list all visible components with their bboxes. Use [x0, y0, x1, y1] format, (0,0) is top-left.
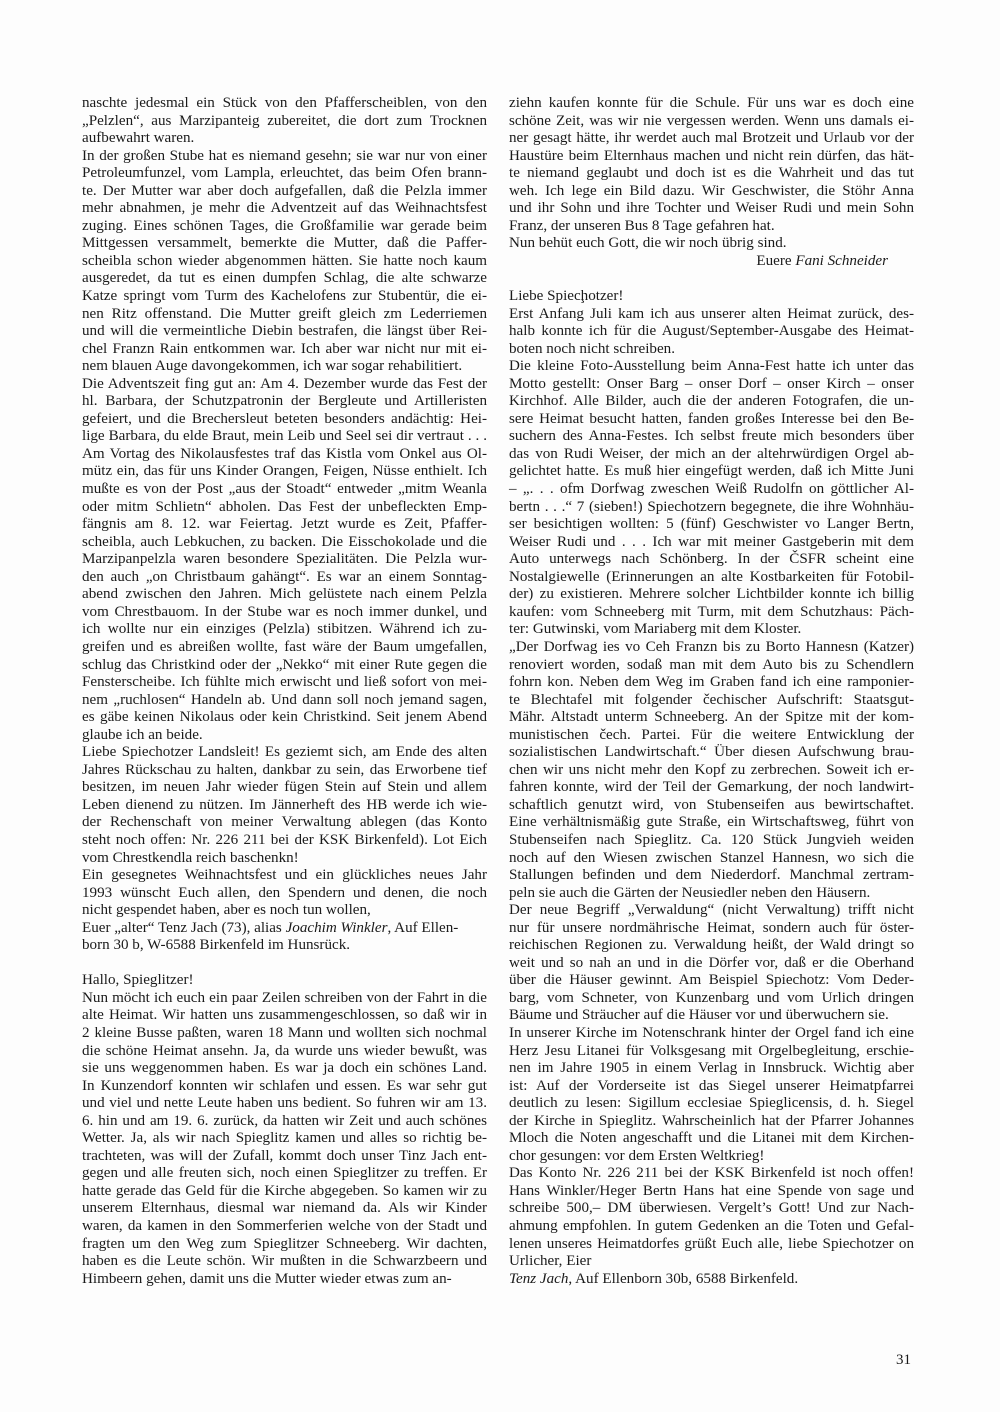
- text-line: Mähr. Altstadt unterm Schneeberg. An der…: [509, 709, 914, 727]
- signature-text: , Auf Ellen-: [387, 920, 458, 938]
- paragraph: Erst Anfang Juli kam ich aus unserer alt…: [509, 306, 914, 359]
- text-line: hl. Barbara, der Schutzpatronin der Berg…: [82, 393, 487, 411]
- left-column: naschte jedesmal ein Stück von den Pfaff…: [82, 95, 487, 1288]
- text-line: Hans Winkler/Heger Bertn Hans hat eine S…: [509, 1183, 914, 1201]
- author-name: Fani Schneider: [795, 253, 888, 271]
- text-line: deutlich zu lesen: Sigillum ecclesiae Sp…: [509, 1095, 914, 1113]
- text-line: und ihr Sohn und ihre Tochter und Weiser…: [509, 200, 914, 218]
- signature-text: Euer „alter“ Tenz Jach (73), alias: [82, 920, 286, 938]
- author-name: Joachim Winkler: [286, 920, 388, 938]
- text-line: te niemand geglaubt und doch ist es die …: [509, 165, 914, 183]
- text-line: chel Franzn Rain entkommen war. Ich aber…: [82, 341, 487, 359]
- paragraph: Der neue Begriff „Verwaldung“ (nicht Ver…: [509, 902, 914, 1025]
- text-line: nen Ritz offenstand. Die Mutter greift g…: [82, 306, 487, 324]
- text-line: glaube ich an beide.: [82, 727, 487, 745]
- text-line: Nun behüt euch Gott, die wir noch übrig …: [509, 235, 914, 253]
- text-line: schreibe 500,– DM überwiesen. Vergelt’s …: [509, 1200, 914, 1218]
- text-line: gefeiert, und die Brechersleut beteten b…: [82, 411, 487, 429]
- text-line: barg, vom Schneter, von Kunzenbarg und v…: [509, 990, 914, 1008]
- text-line: schlug das Christkind oder der „Nekko“ m…: [82, 657, 487, 675]
- text-line: nicht gespendet haben, aber es noch tun …: [82, 902, 487, 920]
- text-line: gelichtet hatte. Es muß hier eingefügt w…: [509, 463, 914, 481]
- spacer: [82, 955, 487, 973]
- text-line: Am Vortag des Nikolausfestes traf das Ki…: [82, 446, 487, 464]
- paragraph: Nun möcht ich euch ein paar Zeilen schre…: [82, 990, 487, 1288]
- letter-salutation: Hallo, Spieglitzer!: [82, 972, 487, 990]
- text-line: te. Der Mutter war aber doch aufgefallen…: [82, 183, 487, 201]
- text-line: scheibla, auch Lebkuchen, zu backen. Die…: [82, 534, 487, 552]
- text-line: Franz, der unseren Bus 8 Tage gefahren h…: [509, 218, 914, 236]
- text-line: waren, da kamen in den Sommerferien welc…: [82, 1218, 487, 1236]
- text-line: lenen unseres Heimatdorfes grüßt Euch al…: [509, 1236, 914, 1254]
- text-line: nen im Jahre 1905 in einem Verlag in Inn…: [509, 1060, 914, 1078]
- text-line: ist: Auf der Vorderseite ist das Siegel …: [509, 1078, 914, 1096]
- text-line: oder mitm Schlietn“ abholen. Das Fest de…: [82, 499, 487, 517]
- text-line: Eine verhältnismäßig gute Straße, ein Wi…: [509, 814, 914, 832]
- text-line: Marzipanpelzla waren besondere Spezialit…: [82, 551, 487, 569]
- text-line: ter: Gutwinski, vom Mariaberg mit dem Kl…: [509, 621, 914, 639]
- text-line: ner gesagt hätte, ihr werdet auch mal Br…: [509, 130, 914, 148]
- text-line: kaufen: vom Schneeberg mit Turm, mit dem…: [509, 604, 914, 622]
- paragraph: In unserer Kirche im Notenschrank hinter…: [509, 1025, 914, 1165]
- text-line: alte Heimat. Wir hatten uns zusammengesc…: [82, 1007, 487, 1025]
- text-line: steht noch offen: Nr. 226 211 bei der KS…: [82, 832, 487, 850]
- text-line: In Kunzendorf konnten wir schlafen und e…: [82, 1078, 487, 1096]
- text-line: greifen und es abreißen wollte, fast wär…: [82, 639, 487, 657]
- signature-address: , Auf Ellenborn 30b, 6588 Birkenfeld.: [568, 1271, 798, 1287]
- text-line: noch auf den Wiesen zwischen Stanzel Han…: [509, 850, 914, 868]
- signature-line: Tenz Jach, Auf Ellenborn 30b, 6588 Birke…: [509, 1271, 914, 1289]
- text-line: und viel und nette Leute haben uns bedie…: [82, 1095, 487, 1113]
- text-line: der Kirche in Spieglitz. Wahrscheinlich …: [509, 1113, 914, 1131]
- paragraph: Das Konto Nr. 226 211 bei der KSK Birken…: [509, 1165, 914, 1270]
- text-line: das von Rudi Weiser, der mich an der alt…: [509, 446, 914, 464]
- text-line: nem „ruchlosen“ Handeln ab. Und dann sol…: [82, 692, 487, 710]
- text-line: sie uns weggenommen haben. Es war ja doc…: [82, 1060, 487, 1078]
- text-line: fragten um den Weg zum Spieglitzer Schne…: [82, 1236, 487, 1254]
- text-line: unserem Elternhaus, diesmal war niemand …: [82, 1200, 487, 1218]
- text-line: halb konnte ich für die August/September…: [509, 323, 914, 341]
- paragraph: Die Adventszeit fing gut an: Am 4. Dezem…: [82, 376, 487, 744]
- text-line: Bäume und Sträucher auf die Häuser vor u…: [509, 1007, 914, 1025]
- text-line: naschte jedesmal ein Stück von den Pfaff…: [82, 95, 487, 113]
- text-line: über die Häuser gewinnt. Am Beispiel Spi…: [509, 972, 914, 990]
- paragraph: „Der Dorfwag ies vo Ceh Franzn bis zu Bo…: [509, 639, 914, 902]
- text-line: Motto gestellt: Onser Barg – onser Dorf …: [509, 376, 914, 394]
- paragraph: Die kleine Foto-Ausstellung beim Anna-Fe…: [509, 358, 914, 639]
- text-line: sozialistischen Landwirtschaft.“ Über di…: [509, 744, 914, 762]
- text-line: Mittgessen versammelt, bemerkte die Mutt…: [82, 235, 487, 253]
- text-line: vom Chrestbauom. In der Stube war es noc…: [82, 604, 487, 622]
- text-line: den auch „on Christbaum gahängt“. Es war…: [82, 569, 487, 587]
- right-column: ziehn kaufen konnte für die Schule. Für …: [509, 95, 914, 1288]
- text-line: trachteten, was will der Zufall, kommt d…: [82, 1148, 487, 1166]
- text-line: ser besichtigen wollten: 5 (fünf) Geschw…: [509, 516, 914, 534]
- text-line: Der neue Begriff „Verwaldung“ (nicht Ver…: [509, 902, 914, 920]
- text-line: fahren konnte, wird der Teil der Gemarku…: [509, 779, 914, 797]
- text-line: Katze springt vom Turm des Kachelofens z…: [82, 288, 487, 306]
- text-line: Auto unterwegs nach Schönberg. In der ČS…: [509, 551, 914, 569]
- signature-line: Euer „alter“ Tenz Jach (73), alias Joach…: [82, 920, 487, 938]
- text-line: weit und so nah an und in die Dörfer vor…: [509, 955, 914, 973]
- text-line: gegen und alle freuten sich, noch einen …: [82, 1165, 487, 1183]
- text-line: Die Adventszeit fing gut an: Am 4. Dezem…: [82, 376, 487, 394]
- text-line: es gäbe keinen Nikolaus oder kein Christ…: [82, 709, 487, 727]
- paragraph: Liebe Spiechotzer Landsleit! Es geziemt …: [82, 744, 487, 867]
- paragraph: Nun behüt euch Gott, die wir noch übrig …: [509, 235, 914, 253]
- text-line: mütz ein, das für uns Kinder Orangen, Fe…: [82, 463, 487, 481]
- text-line: nem blauen Auge davongekommen, ich war s…: [82, 358, 487, 376]
- text-line: und will die vermeintliche Diebin bestra…: [82, 323, 487, 341]
- text-line: renoviert worden, sodaß man mit dem Auto…: [509, 657, 914, 675]
- text-line: peln sie auch die Gärten der Neusiedler …: [509, 885, 914, 903]
- text-line: aufbewahrt waren.: [82, 130, 487, 148]
- paragraph: naschte jedesmal ein Stück von den Pfaff…: [82, 95, 487, 148]
- text-line: haben es die Leute schön. Wir mußten in …: [82, 1253, 487, 1271]
- text-line: Ein gesegnetes Weihnachtsfest und ein gl…: [82, 867, 487, 885]
- spacer: [509, 270, 914, 288]
- text-line: schöne Zeit, was wir nie vergessen werde…: [509, 113, 914, 131]
- text-line: Kirchhof. Alle Bilder, auch die der ande…: [509, 393, 914, 411]
- text-line: 2 kleine Busse paßten, waren 18 Mann und…: [82, 1025, 487, 1043]
- text-line: „Pelzlen“, aus Marzipanteig zubereitet, …: [82, 113, 487, 131]
- text-line: abend zwischen den Jahren. Mich gelüstet…: [82, 586, 487, 604]
- text-line: hatte gerade das Geld für die Kirche abg…: [82, 1183, 487, 1201]
- text-line: scheibla schon wieder abgenommen hätten.…: [82, 253, 487, 271]
- text-line: Liebe Spiechotzer Landsleit! Es geziemt …: [82, 744, 487, 762]
- magazine-page: naschte jedesmal ein Stück von den Pfaff…: [0, 0, 1000, 1412]
- text-line: Wetter. Ja, als wir nach Spieglitz kamen…: [82, 1130, 487, 1148]
- text-line: Nostalgiewelle (Erinnerungen an alte Kos…: [509, 569, 914, 587]
- text-line: schaftlich genutzt wird, von Stubenseife…: [509, 797, 914, 815]
- text-line: Weiser Rudi und . . . Ich war mit meiner…: [509, 534, 914, 552]
- text-line: Stubenseifen nach Spieglitz. Ca. 120 Stü…: [509, 832, 914, 850]
- text-line: Nun möcht ich euch ein paar Zeilen schre…: [82, 990, 487, 1008]
- text-line: sere Heimat besucht hatten, fanden große…: [509, 411, 914, 429]
- text-line: 6. hin und am 19. 6. zurück, da hatten w…: [82, 1113, 487, 1131]
- text-line: vom Chrestkendla reich baschenkn!: [82, 850, 487, 868]
- text-line: te Blechtafel mit folgender čechischer A…: [509, 692, 914, 710]
- letter-salutation: Liebe Spiecḩotzer!: [509, 288, 914, 306]
- text-line: ahmung empfohlen. In gutem Gedenken an d…: [509, 1218, 914, 1236]
- text-line: In unserer Kirche im Notenschrank hinter…: [509, 1025, 914, 1043]
- paragraph: Ein gesegnetes Weihnachtsfest und ein gl…: [82, 867, 487, 920]
- text-line: mehr abnahmen, je mehr die Adventzeit au…: [82, 200, 487, 218]
- paragraph: In der großen Stube hat es niemand geseh…: [82, 148, 487, 376]
- text-line: Mloch die Noten angeschafft und die Lita…: [509, 1130, 914, 1148]
- text-line: suchern des Anna-Festes. Ich selbst freu…: [509, 428, 914, 446]
- text-line: zuging. Eines schönen Tages, die Großfam…: [82, 218, 487, 236]
- text-line: Leben dienend zu nützen. Im Jännerheft d…: [82, 797, 487, 815]
- text-line: nur für unsere nordmährische Heimat, son…: [509, 920, 914, 938]
- text-line: Die kleine Foto-Ausstellung beim Anna-Fe…: [509, 358, 914, 376]
- text-line: der Rechenschaft von meiner Verwaltung a…: [82, 814, 487, 832]
- text-line: Urlicher, Eier: [509, 1253, 914, 1271]
- text-line: „Der Dorfwag ies vo Ceh Franzn bis zu Bo…: [509, 639, 914, 657]
- text-line: fängnis am 8. 12. war Feiertag. Jetzt wu…: [82, 516, 487, 534]
- text-line: weh. Ich lege ein Bild dazu. Wir Geschwi…: [509, 183, 914, 201]
- text-line: lige Barbara, du elde Braut, mein Leib u…: [82, 428, 487, 446]
- text-line: Jahres Rückschau zu halten, dankbar zu s…: [82, 762, 487, 780]
- text-line: der) zu existieren. Mehrere solcher Lich…: [509, 586, 914, 604]
- page-number: 31: [896, 1352, 911, 1369]
- text-line: bertn . . .“ 7 (sieben!) Spiechotzern be…: [509, 499, 914, 517]
- text-line: Himbeern gehen, damit uns die Mutter wie…: [82, 1271, 487, 1289]
- text-line: Haustüre beim Elternhaus machen und nich…: [509, 148, 914, 166]
- signature-line: Euere Fani Schneider: [509, 253, 914, 271]
- text-line: munistischen čech. Partei. Für die weite…: [509, 727, 914, 745]
- text-line: fohrn kon. Neben dem Weg im Graben fand …: [509, 674, 914, 692]
- text-line: Erst Anfang Juli kam ich aus unserer alt…: [509, 306, 914, 324]
- text-line: die schöne Heimat ansehn. Ja, da wurde u…: [82, 1043, 487, 1061]
- text-line: ich wollte nur ein einziges (Pelzla) sti…: [82, 621, 487, 639]
- author-name: Tenz Jach: [509, 1271, 568, 1287]
- text-line: – „. . . ofm Dorfwag zweschen Weiß Rudol…: [509, 481, 914, 499]
- text-line: Das Konto Nr. 226 211 bei der KSK Birken…: [509, 1165, 914, 1183]
- text-line: Fensterscheibe. Ich fühlte mich erwischt…: [82, 674, 487, 692]
- text-line: besitzen, im neuen Jahr wieder fügen Ste…: [82, 779, 487, 797]
- text-line: reichischen Regionen zu. Verwaldung heiß…: [509, 937, 914, 955]
- text-line: chen wir uns nicht mehr den Kopf zu zerb…: [509, 762, 914, 780]
- text-line: Herz Jesu Litanei für Volksgesang mit Or…: [509, 1043, 914, 1061]
- text-line: chor gesungen: vor dem Ersten Weltkrieg!: [509, 1148, 914, 1166]
- signature-text: Euere: [756, 253, 795, 271]
- text-line: 1993 wünscht Euch allen, den Spendern un…: [82, 885, 487, 903]
- text-line: boten noch nicht schreiben.: [509, 341, 914, 359]
- text-line: ausgeredet, da tut es einen dumpfen Schl…: [82, 270, 487, 288]
- text-line: ziehn kaufen konnte für die Schule. Für …: [509, 95, 914, 113]
- paragraph: ziehn kaufen konnte für die Schule. Für …: [509, 95, 914, 235]
- text-line: mußte es von der Post „aus der Stoadt“ e…: [82, 481, 487, 499]
- text-line: Stallungen befinden und dem Niederdorf. …: [509, 867, 914, 885]
- text-line: In der großen Stube hat es niemand geseh…: [82, 148, 487, 166]
- signature-address: born 30 b, W-6588 Birkenfeld im Hunsrück…: [82, 937, 487, 955]
- text-line: Petroleumfunzel, vom Lampla, erleuchtet,…: [82, 165, 487, 183]
